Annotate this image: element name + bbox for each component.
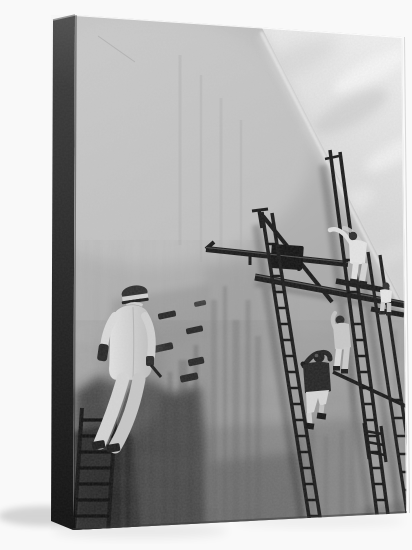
photo-grain	[50, 10, 412, 550]
canvas-side-face	[51, 15, 75, 530]
side-face-texture	[51, 15, 75, 530]
photo-svg	[0, 0, 412, 550]
canvas-print-product-photo	[0, 0, 412, 550]
